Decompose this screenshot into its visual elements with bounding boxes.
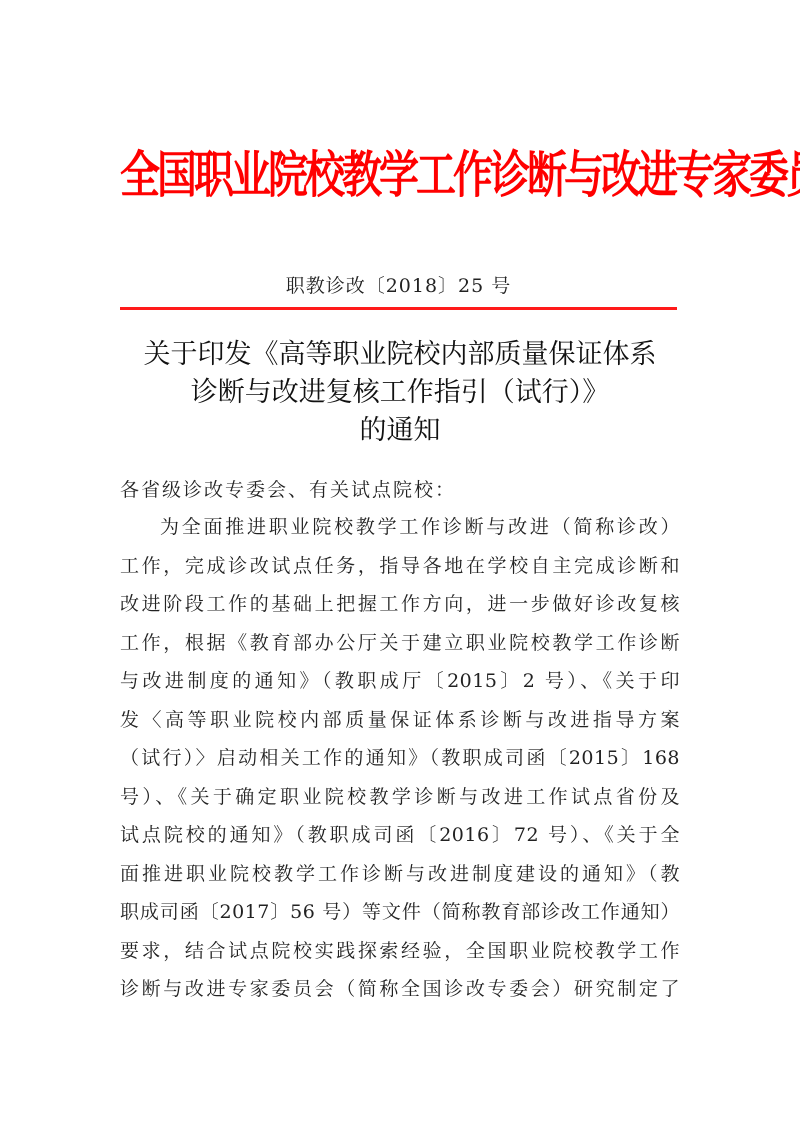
body-line: 为全面推进职业院校教学工作诊断与改进（简称诊改） <box>120 515 680 554</box>
body-line: 职成司函〔2017〕56 号）等文件（简称教育部诊改工作通知） <box>120 900 680 939</box>
body-line: 与改进制度的通知》（教职成厅〔2015〕2 号）、《关于印 <box>120 669 680 708</box>
salutation: 各省级诊改专委会、有关试点院校： <box>120 478 456 502</box>
title-line-2: 诊断与改进复核工作指引（试行）》 <box>110 374 690 412</box>
body-line: 发〈高等职业院校内部质量保证体系诊断与改进指导方案 <box>120 708 680 747</box>
issuer-header: 全国职业院校教学工作诊断与改进专家委员会 <box>120 138 680 213</box>
body-line: 试点院校的通知》（教职成司函〔2016〕72 号）、《关于全 <box>120 823 680 862</box>
document-title: 关于印发《高等职业院校内部质量保证体系 诊断与改进复核工作指引（试行）》 的通知 <box>110 336 690 450</box>
body-line: 工作，根据《教育部办公厅关于建立职业院校教学工作诊断 <box>120 631 680 670</box>
body-text: 为全面推进职业院校教学工作诊断与改进（简称诊改） 工作，完成诊改试点任务，指导各… <box>120 515 680 1016</box>
body-line: 改进阶段工作的基础上把握工作方向，进一步做好诊改复核 <box>120 592 680 631</box>
document-page: 全国职业院校教学工作诊断与改进专家委员会 职教诊改〔2018〕25 号 关于印发… <box>0 0 800 1131</box>
document-number: 职教诊改〔2018〕25 号 <box>120 274 677 298</box>
body-line: 面推进职业院校教学工作诊断与改进制度建设的通知》（教 <box>120 862 680 901</box>
title-line-3: 的通知 <box>110 412 690 450</box>
body-line: 诊断与改进专家委员会（简称全国诊改专委会）研究制定了 <box>120 977 680 1016</box>
body-line: （试行）〉启动相关工作的通知》（教职成司函〔2015〕168 <box>120 746 680 785</box>
body-line: 工作，完成诊改试点任务，指导各地在学校自主完成诊断和 <box>120 554 680 593</box>
red-divider-line <box>120 307 677 310</box>
body-line: 号）、《关于确定职业院校教学诊断与改进工作试点省份及 <box>120 785 680 824</box>
body-line: 要求，结合试点院校实践探索经验，全国职业院校教学工作 <box>120 939 680 978</box>
title-line-1: 关于印发《高等职业院校内部质量保证体系 <box>110 336 690 374</box>
